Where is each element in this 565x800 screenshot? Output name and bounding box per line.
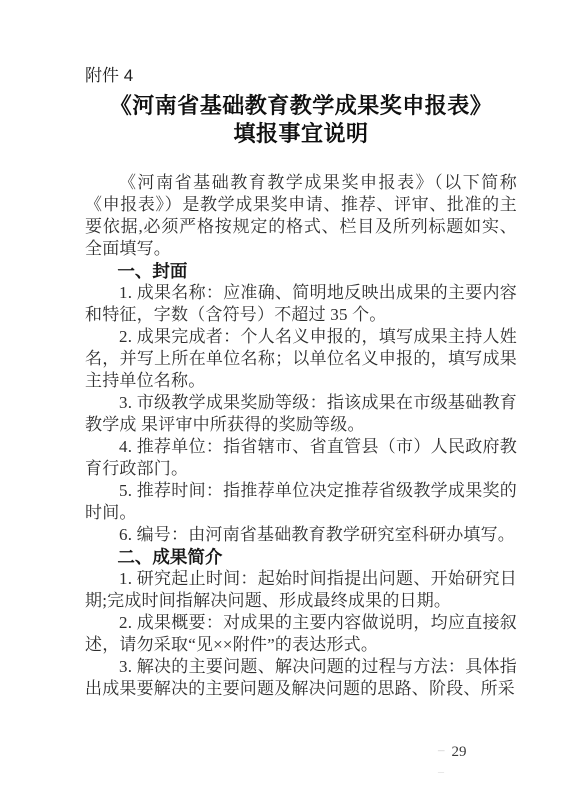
paragraph: 4. 推荐单位：指省辖市、省直管县（市）人民政府教育行政部门。 (85, 436, 517, 480)
paragraph: 3. 解决的主要问题、解决问题的过程与方法：具体指出成果要解决的主要问题及解决问… (85, 656, 517, 700)
paragraph: 1. 成果名称：应准确、简明地反映出成果的主要内容和特征，字数（含符号）不超过 … (85, 282, 517, 326)
page-number: 29 (452, 744, 467, 760)
document-title-line2: 填报事宜说明 (85, 120, 517, 148)
paragraph: 2. 成果概要：对成果的主要内容做说明，均应直接叙述，请勿采取“见××附件”的表… (85, 612, 517, 656)
section-heading: 二、成果简介 (85, 546, 517, 568)
scan-artifact-dash: – (438, 764, 444, 779)
page-number-dash: – (438, 742, 445, 757)
paragraph: 6. 编号：由河南省基础教育教学研究室科研办填写。 (85, 524, 517, 546)
section-heading: 一、封面 (85, 260, 517, 282)
page-footer: –29 (438, 740, 467, 762)
paragraph: 1. 研究起止时间：起始时间指提出问题、开始研究日期;完成时间指解决问题、形成最… (85, 568, 517, 612)
attachment-label: 附件 4 (85, 64, 517, 88)
paragraph: 《河南省基础教育教学成果奖申报表》（以下简称《申报表》）是教学成果奖申请、推荐、… (85, 172, 517, 260)
document-title-line1: 《河南省基础教育教学成果奖申报表》 (85, 92, 517, 120)
paragraph: 2. 成果完成者：个人名义申报的，填写成果主持人姓名，并写上所在单位名称；以单位… (85, 326, 517, 392)
document-body: 《河南省基础教育教学成果奖申报表》（以下简称《申报表》）是教学成果奖申请、推荐、… (85, 172, 517, 700)
document-content: 附件 4 《河南省基础教育教学成果奖申报表》 填报事宜说明 《河南省基础教育教学… (85, 64, 517, 700)
paragraph: 3. 市级教学成果奖励等级：指该成果在市级基础教育教学成 果评审中所获得的奖励等… (85, 392, 517, 436)
paragraph: 5. 推荐时间：指推荐单位决定推荐省级教学成果奖的时间。 (85, 480, 517, 524)
document-page: 附件 4 《河南省基础教育教学成果奖申报表》 填报事宜说明 《河南省基础教育教学… (0, 0, 565, 800)
